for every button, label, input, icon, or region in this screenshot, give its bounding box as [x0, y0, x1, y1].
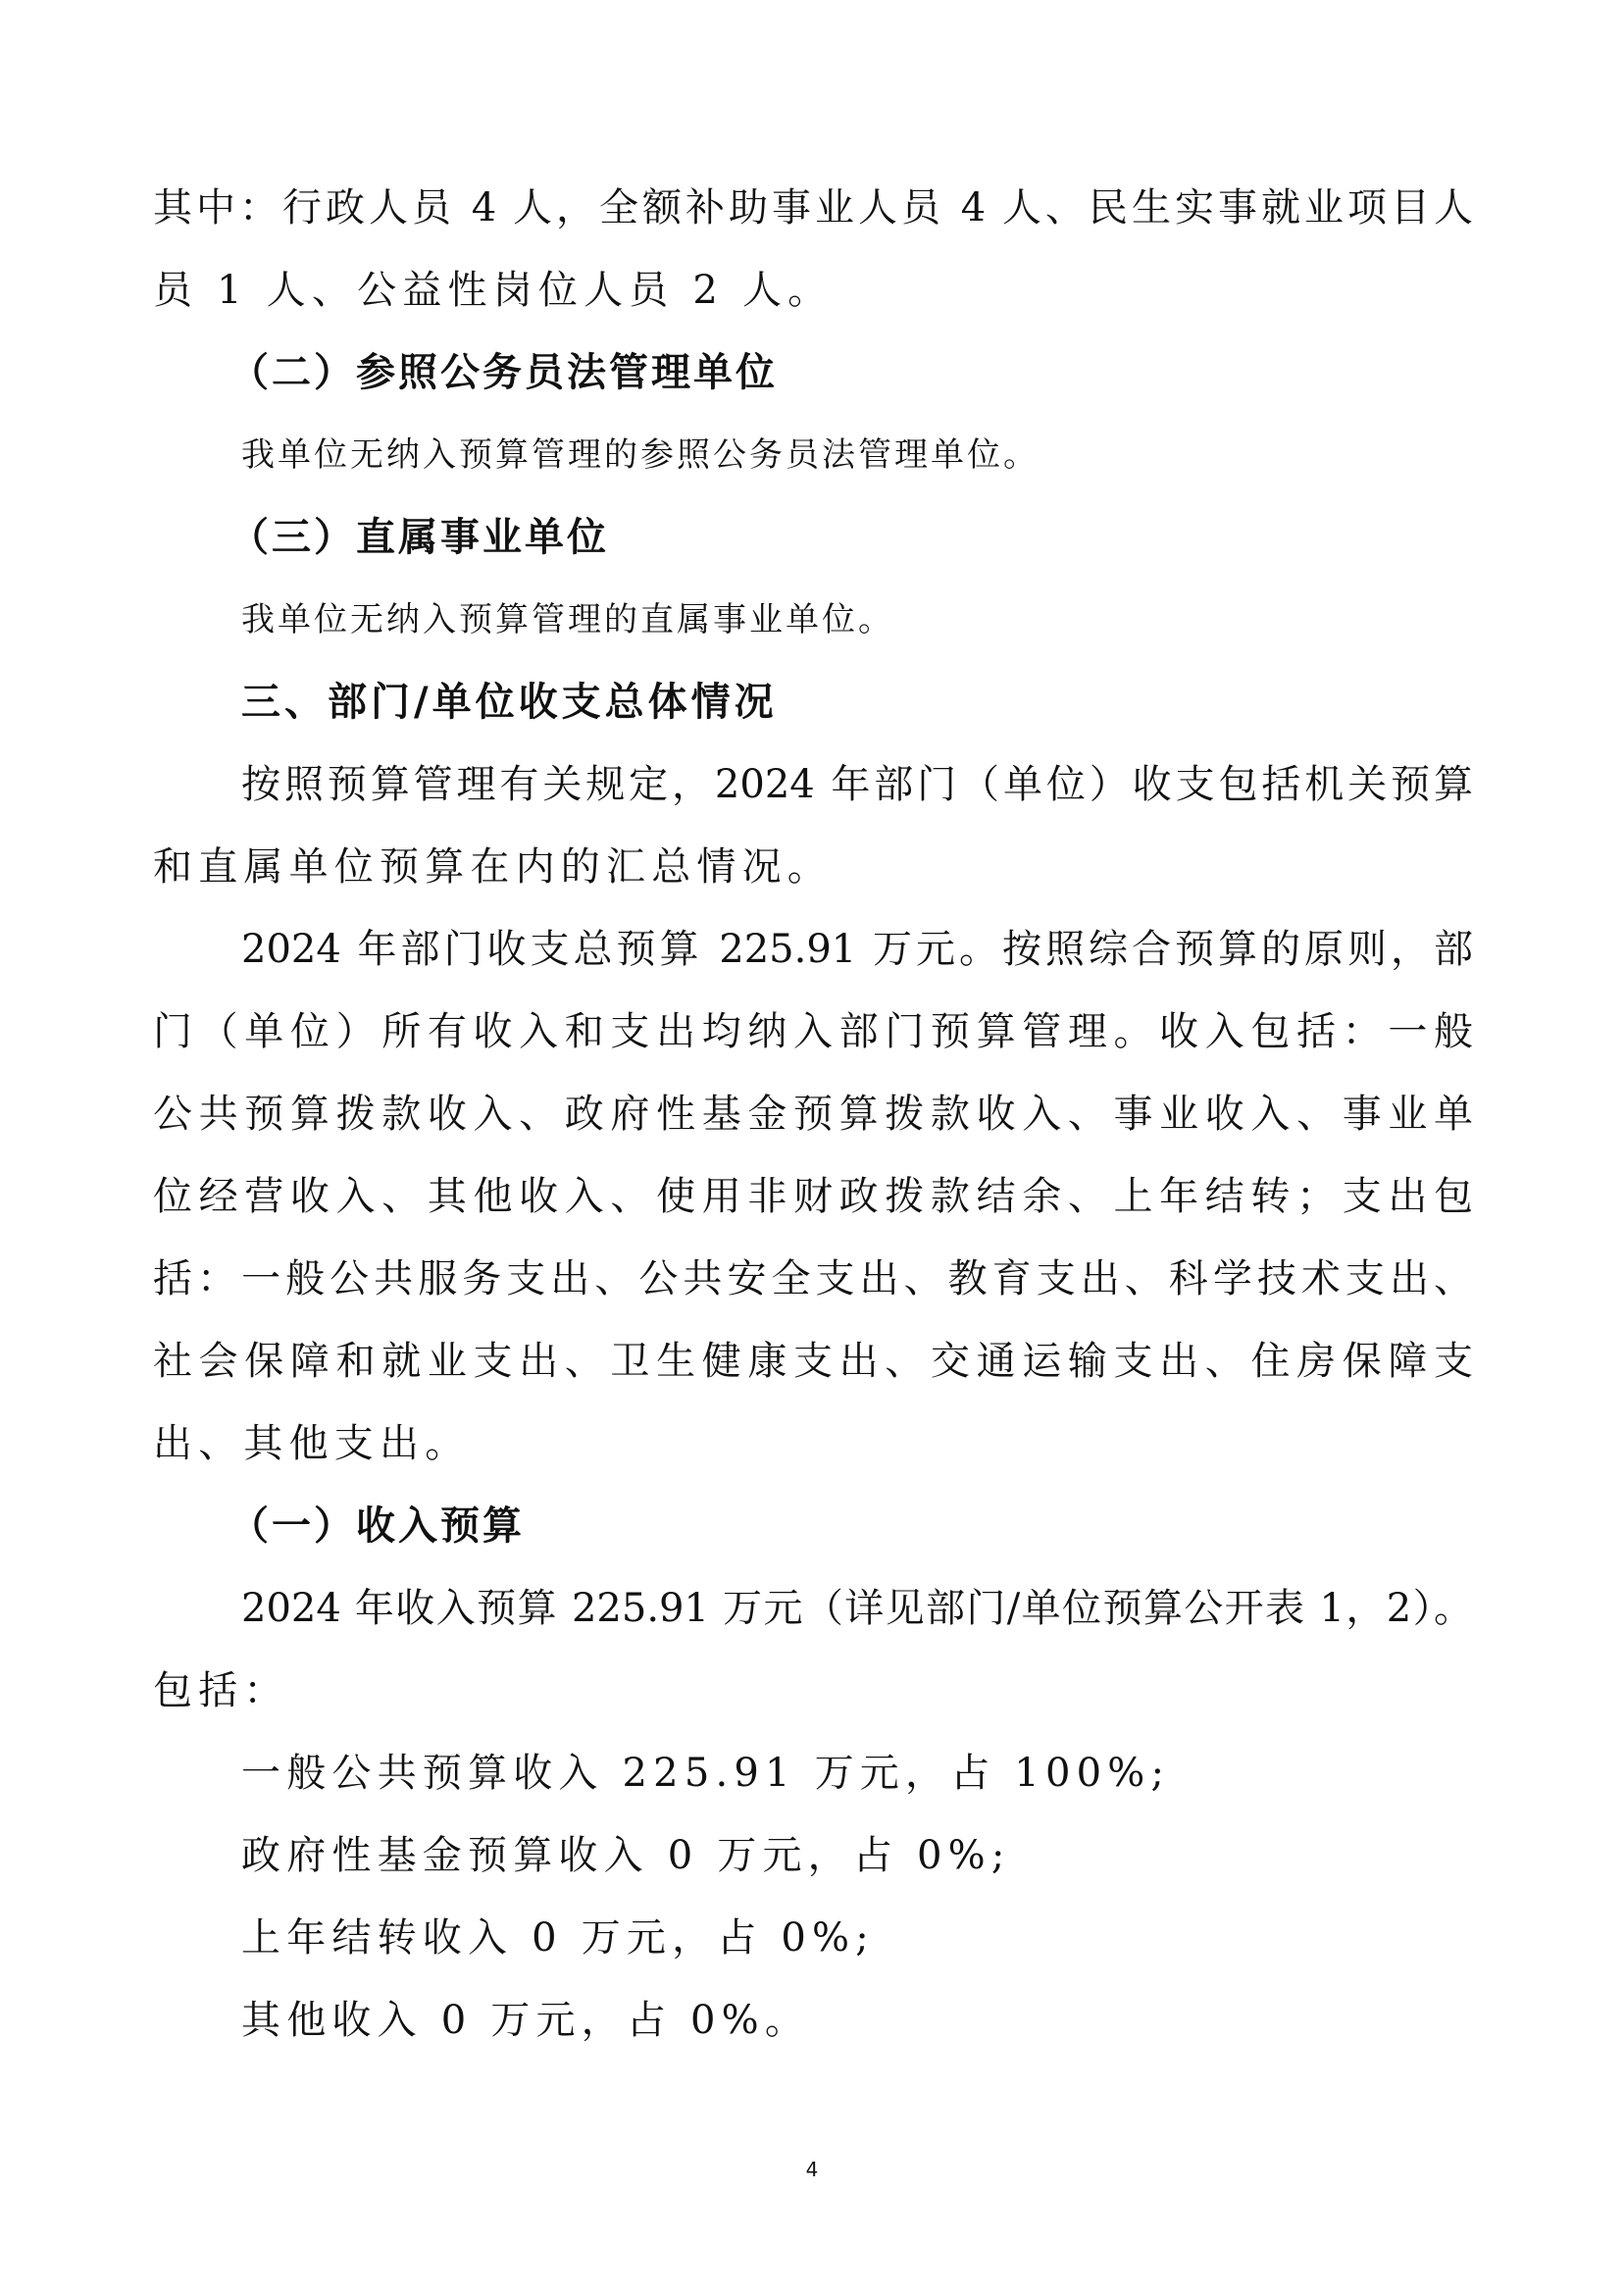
revenue-item-other: 其他收入 0 万元，占 0%。	[153, 1979, 1473, 2062]
staffing-text-line-1: 其中：行政人员 4 人，全额补助事业人员 4 人、民生实事就业项目人	[153, 167, 1473, 249]
overall-para2-line-3: 公共预算拨款收入、政府性基金预算拨款收入、事业收入、事业单	[153, 1073, 1473, 1155]
section-heading-overall-revenue-expenditure: 三、部门/单位收支总体情况	[153, 661, 1473, 743]
overall-para2-line-4: 位经营收入、其他收入、使用非财政拨款结余、上年结转；支出包	[153, 1155, 1473, 1238]
revenue-item-government-fund: 政府性基金预算收入 0 万元，占 0%;	[153, 1814, 1473, 1897]
overall-para2-line-6: 社会保障和就业支出、卫生健康支出、交通运输支出、住房保障支	[153, 1320, 1473, 1402]
revenue-intro-line-1: 2024 年收入预算 225.91 万元（详见部门/单位预算公开表 1，2）。	[153, 1567, 1473, 1650]
overall-para1-line-2: 和直属单位预算在内的汇总情况。	[153, 826, 1473, 908]
page-number: 4	[0, 2158, 1624, 2181]
revenue-item-carryover: 上年结转收入 0 万元，占 0%;	[153, 1897, 1473, 1979]
overall-para2-line-1: 2024 年部门收支总预算 225.91 万元。按照综合预算的原则，部	[153, 908, 1473, 991]
overall-para2-line-5: 括：一般公共服务支出、公共安全支出、教育支出、科学技术支出、	[153, 1238, 1473, 1320]
revenue-intro-line-2: 包括：	[153, 1650, 1473, 1732]
overall-para2-line-2: 门（单位）所有收入和支出均纳入部门预算管理。收入包括：一般	[153, 991, 1473, 1073]
overall-para1-line-1: 按照预算管理有关规定，2024 年部门（单位）收支包括机关预算	[153, 743, 1473, 826]
revenue-item-general-public-budget: 一般公共预算收入 225.91 万元，占 100%;	[153, 1732, 1473, 1814]
affiliated-institutions-text: 我单位无纳入预算管理的直属事业单位。	[153, 579, 1473, 661]
document-page: 其中：行政人员 4 人，全额补助事业人员 4 人、民生实事就业项目人 员 1 人…	[153, 167, 1473, 2062]
civil-servant-law-units-text: 我单位无纳入预算管理的参照公务员法管理单位。	[153, 414, 1473, 496]
section-heading-affiliated-institutions: （三）直属事业单位	[153, 496, 1473, 579]
overall-para2-line-7: 出、其他支出。	[153, 1402, 1473, 1485]
section-heading-revenue-budget: （一）收入预算	[153, 1485, 1473, 1567]
section-heading-civil-servant-law-units: （二）参照公务员法管理单位	[153, 331, 1473, 414]
staffing-text-line-2: 员 1 人、公益性岗位人员 2 人。	[153, 249, 1473, 331]
